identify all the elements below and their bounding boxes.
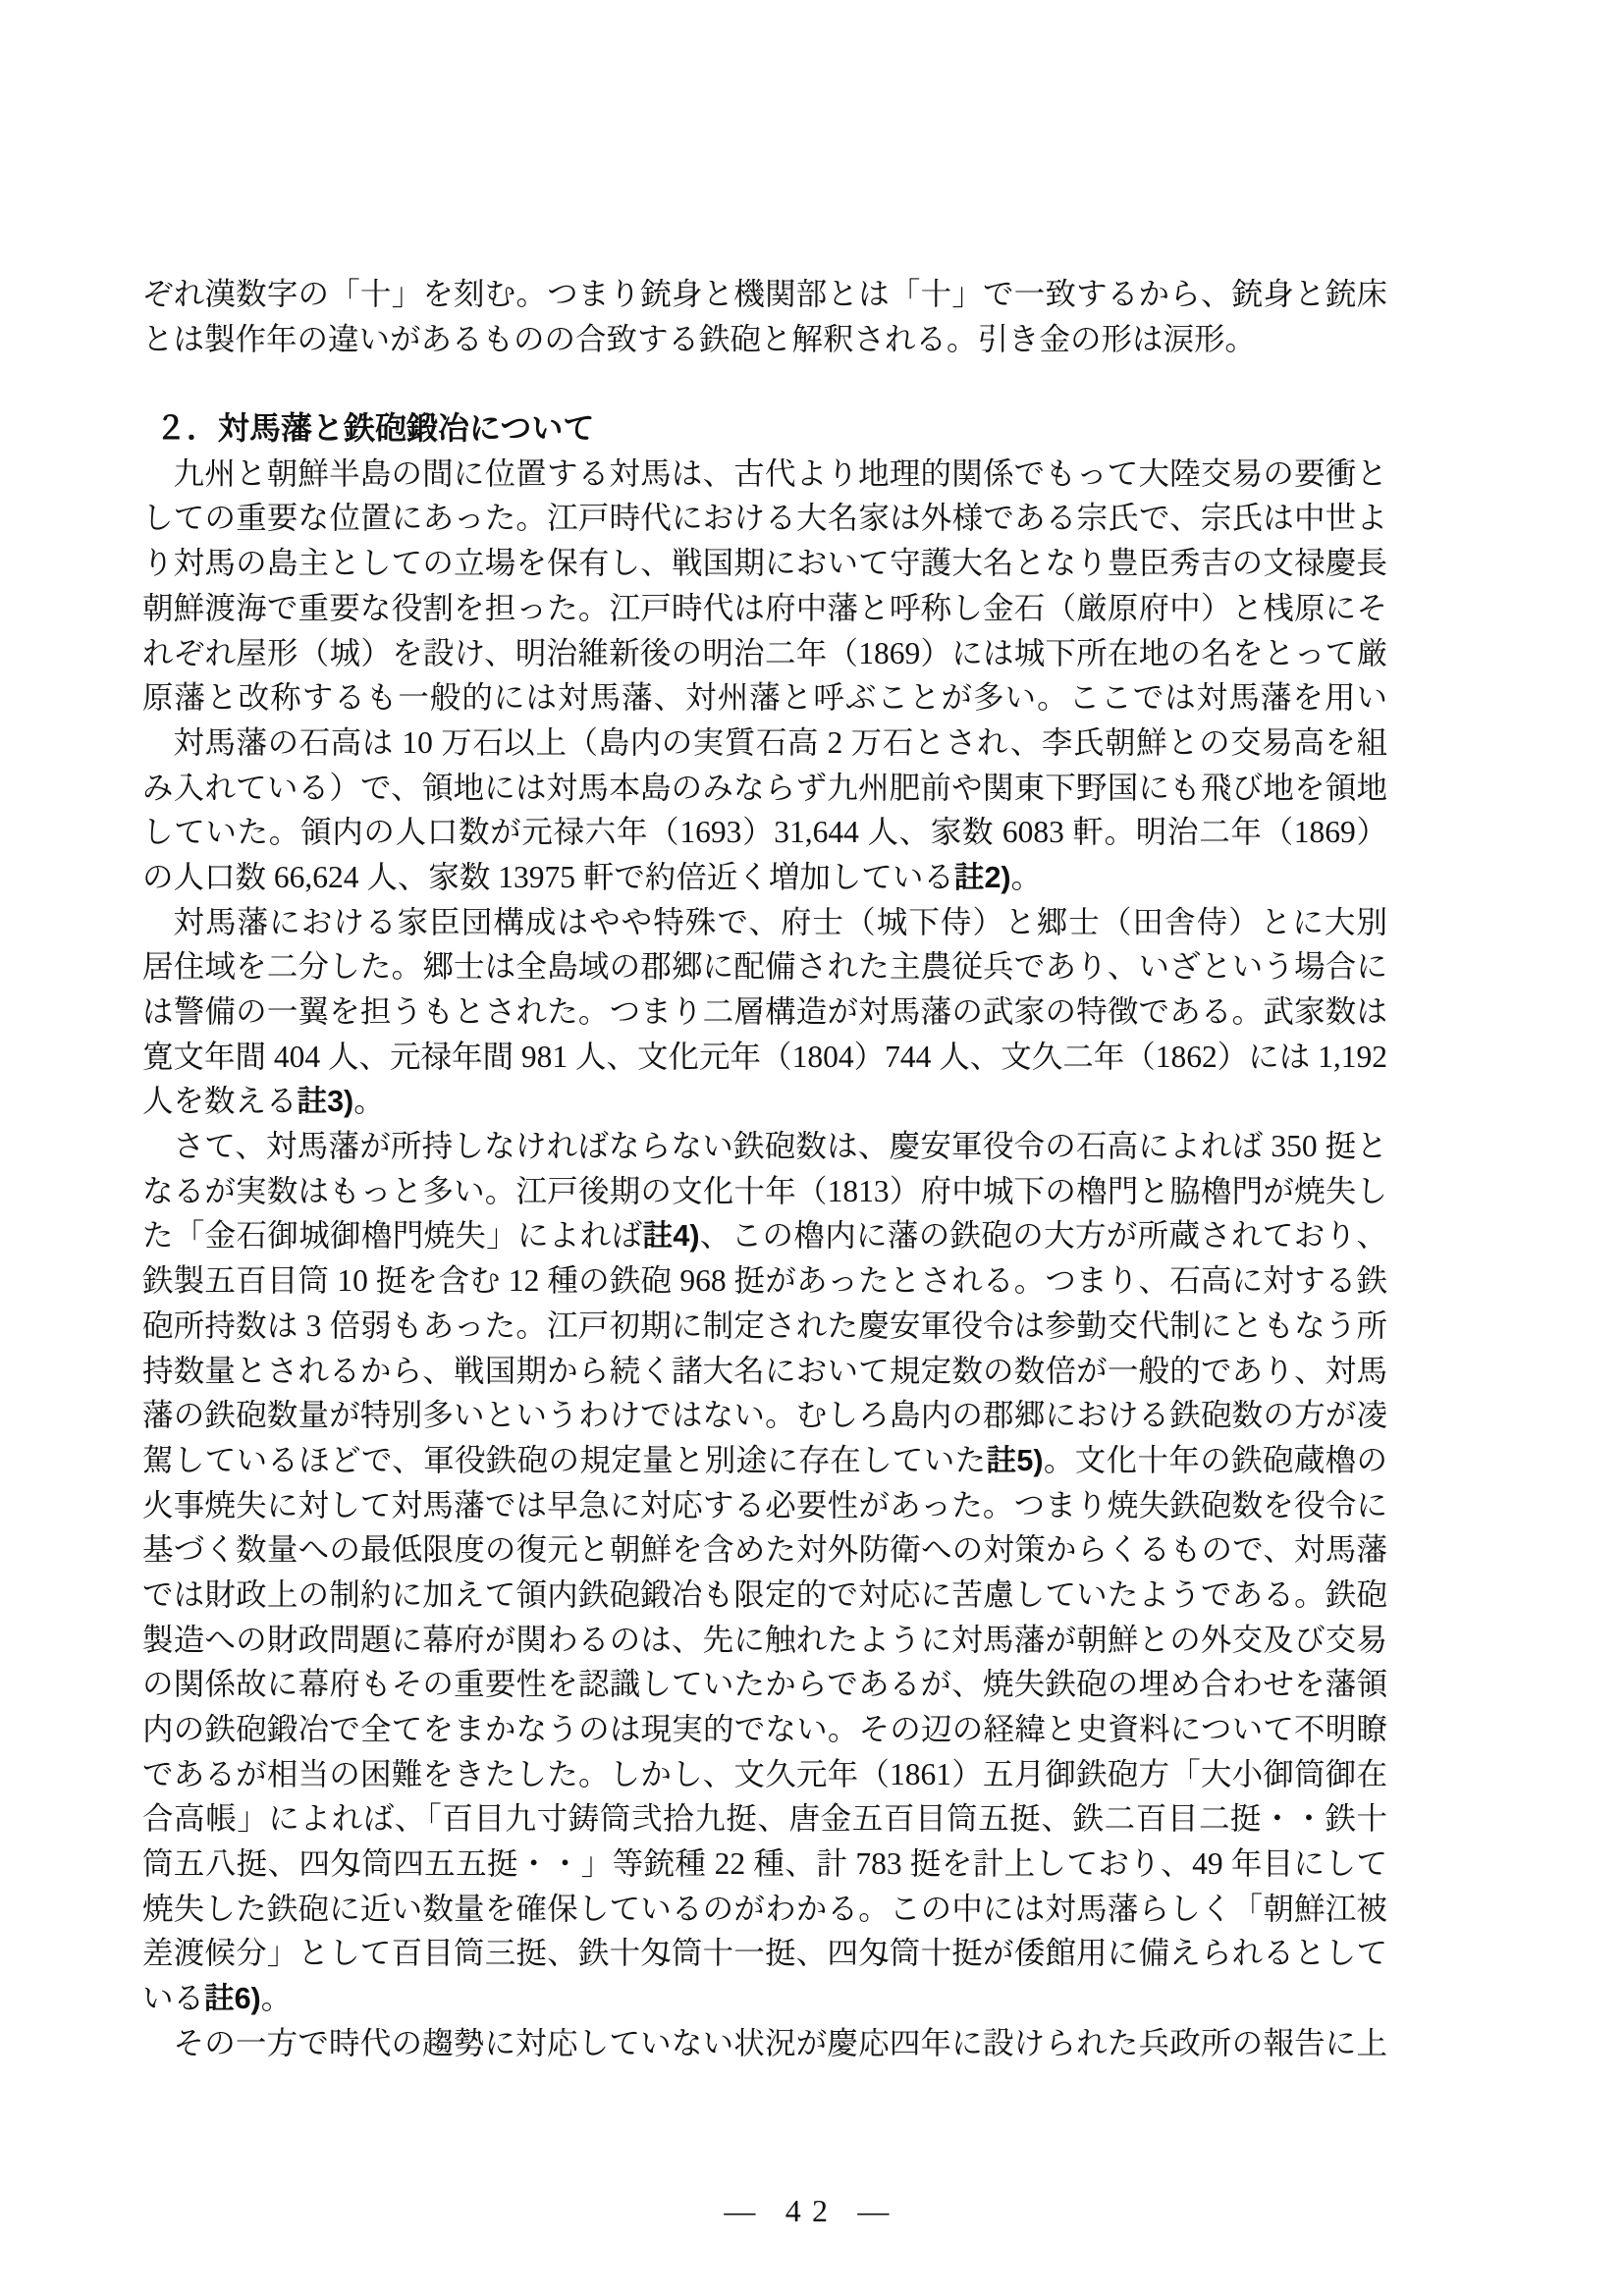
text-line: た「金石御城御櫓門焼失」によれば註4)、この櫓内に藩の鉄砲の大方が所蔵されており…: [142, 1213, 1387, 1258]
text-line: 内の鉄砲鍛冶で全てをまかなうのは現実的でない。その辺の経緯と史資料について不明瞭: [142, 1707, 1387, 1752]
text-line: 合高帳」によれば、「百目九寸鋳筒弐拾九挺、唐金五百目筒五挺、鉄二百目二挺・・鉄十…: [142, 1796, 1387, 1842]
text-line: は警備の一翼を担うもとされた。つまり二層構造が対馬藩の武家の特徴である。武家数は: [142, 989, 1387, 1035]
text-line: れぞれ屋形（城）を設け、明治維新後の明治二年（1869）には城下所在地の名をとっ…: [142, 631, 1387, 676]
footnote-marker: 註5): [987, 1444, 1044, 1477]
document-page: ぞれ漢数字の「十」を刻む。つまり銃身と機関部とは「十」で一致するから、銃身と銃床…: [0, 0, 1624, 2296]
text-line: であるが相当の困難をきたした。しかし、文久元年（1861）五月御鉄砲方「大小御筒…: [142, 1752, 1387, 1797]
continuation-paragraph: ぞれ漢数字の「十」を刻む。つまり銃身と機関部とは「十」で一致するから、銃身と銃床…: [142, 272, 1387, 361]
text-line: しての重要な位置にあった。江戸時代における大名家は外様である宗氏で、宗氏は中世よ: [142, 496, 1387, 541]
text-line: 原藩と改称するも一般的には対馬藩、対州藩と呼ぶことが多い。ここでは対馬藩を用いる…: [142, 675, 1387, 721]
footnote-marker: 註6): [204, 1982, 261, 2015]
text-line: 駕しているほどで、軍役鉄砲の規定量と別途に存在していた註5)。文化十年の鉄砲蔵櫓…: [142, 1438, 1387, 1483]
text-line: とは製作年の違いがあるものの合致する鉄砲と解釈される。引き金の形は涙形。: [142, 317, 1387, 362]
text-line: 人を数える註3)。: [142, 1079, 1387, 1124]
section-heading: ２．対馬藩と鉄砲鍛冶について: [142, 406, 1387, 452]
body-paragraphs: 九州と朝鮮半島の間に位置する対馬は、古代より地理的関係でもって大陸交易の要衝とし…: [142, 452, 1387, 2066]
text-line: 筒五八挺、四匁筒四五五挺・・」等銃種 22 種、計 783 挺を計上しており、4…: [142, 1842, 1387, 1887]
text-line: 藩の鉄砲数量が特別多いというわけではない。むしろ島内の郡郷における鉄砲数の方が凌: [142, 1393, 1387, 1438]
footnote-marker: 註4): [642, 1219, 699, 1253]
text-line: 差渡候分」として百目筒三挺、鉄十匁筒十一挺、四匁筒十挺が倭館用に備えられるとして: [142, 1931, 1387, 1976]
text-line: 対馬藩における家臣団構成はやや特殊で、府士（城下侍）と郷士（田舎侍）とに大別し、: [142, 900, 1387, 945]
text-line: の関係故に幕府もその重要性を認識していたからであるが、焼失鉄砲の埋め合わせを藩領: [142, 1662, 1387, 1707]
text-body: ぞれ漢数字の「十」を刻む。つまり銃身と機関部とは「十」で一致するから、銃身と銃床…: [142, 272, 1387, 2066]
text-line: 対馬藩の石高は 10 万石以上（島内の実質石高 2 万石とされ、李氏朝鮮との交易…: [142, 721, 1387, 766]
text-line: その一方で時代の趨勢に対応していない状況が慶応四年に設けられた兵政所の報告に上: [142, 2021, 1387, 2066]
text-line: 砲所持数は 3 倍弱もあった。江戸初期に制定された慶安軍役令は参勤交代制にともな…: [142, 1304, 1387, 1349]
text-line: の人口数 66,624 人、家数 13975 軒で約倍近く増加している註2)。: [142, 855, 1387, 900]
text-line: 基づく数量への最低限度の復元と朝鮮を含めた対外防衛への対策からくるもので、対馬藩: [142, 1527, 1387, 1573]
text-line: なるが実数はもっと多い。江戸後期の文化十年（1813）府中城下の櫓門と脇櫓門が焼…: [142, 1169, 1387, 1214]
text-line: 寛文年間 404 人、元禄年間 981 人、文化元年（1804）744 人、文久…: [142, 1035, 1387, 1080]
text-line: さて、対馬藩が所持しなければならない鉄砲数は、慶安軍役令の石高によれば 350 …: [142, 1124, 1387, 1169]
text-line: 焼失した鉄砲に近い数量を確保しているのがわかる。この中には対馬藩らしく「朝鮮江被: [142, 1887, 1387, 1932]
text-line: 鉄製五百目筒 10 挺を含む 12 種の鉄砲 968 挺があったとされる。つまり…: [142, 1258, 1387, 1304]
text-line: り対馬の島主としての立場を保有し、戦国期において守護大名となり豊臣秀吉の文禄慶長: [142, 541, 1387, 586]
footnote-marker: 註2): [954, 861, 1011, 894]
text-line: 居住域を二分した。郷士は全島域の郡郷に配備された主農従兵であり、いざという場合に: [142, 944, 1387, 989]
text-line: 九州と朝鮮半島の間に位置する対馬は、古代より地理的関係でもって大陸交易の要衝と: [142, 452, 1387, 497]
text-line: ぞれ漢数字の「十」を刻む。つまり銃身と機関部とは「十」で一致するから、銃身と銃床: [142, 272, 1387, 317]
text-line: していた。領内の人口数が元禄六年（1693）31,644 人、家数 6083 軒…: [142, 810, 1387, 855]
page-number: ― 42 ―: [0, 2193, 1624, 2229]
text-line: み入れている）で、領地には対馬本島のみならず九州肥前や関東下野国にも飛び地を領地: [142, 766, 1387, 811]
text-line: いる註6)。: [142, 1976, 1387, 2021]
footnote-marker: 註3): [298, 1085, 354, 1118]
text-line: 朝鮮渡海で重要な役割を担った。江戸時代は府中藩と呼称し金石（厳原府中）と桟原にそ: [142, 586, 1387, 631]
text-line: 火事焼失に対して対馬藩では早急に対応する必要性があった。つまり焼失鉄砲数を役令に: [142, 1483, 1387, 1528]
text-line: 持数量とされるから、戦国期から続く諸大名において規定数の数倍が一般的であり、対馬: [142, 1349, 1387, 1394]
text-line: 製造への財政問題に幕府が関わるのは、先に触れたように対馬藩が朝鮮との外交及び交易: [142, 1618, 1387, 1663]
text-line: では財政上の制約に加えて領内鉄砲鍛冶も限定的で対応に苦慮していたようである。鉄砲: [142, 1573, 1387, 1618]
